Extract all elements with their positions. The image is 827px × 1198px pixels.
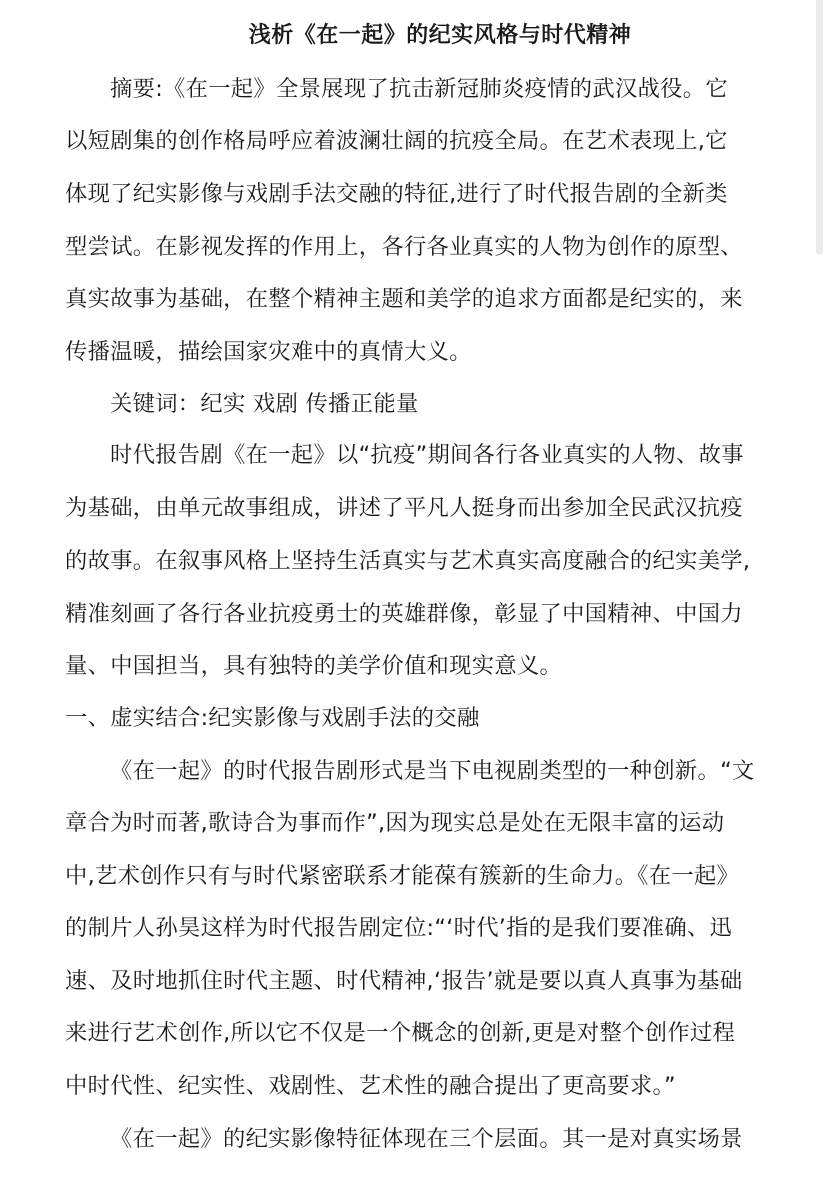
intro-line: 的故事。在叙事风格上坚持生活真实与艺术真实高度融合的纪实美学, [65, 546, 750, 576]
body-line: 中时代性、纪实性、戏剧性、艺术性的融合提出了更高要求。” [65, 1071, 676, 1101]
intro-line: 时代报告剧《在一起》以“抗疫”期间各行各业真实的人物、故事 [110, 440, 744, 470]
document-page: 浅析《在一起》的纪实风格与时代精神 摘要:《在一起》全景展现了抗击新冠肺炎疫情的… [0, 0, 827, 1198]
section-heading: 一、虚实结合:纪实影像与戏剧手法的交融 [65, 703, 480, 733]
intro-line: 量、中国担当，具有独特的美学价值和现实意义。 [65, 651, 562, 681]
abstract-line: 传播温暖，描绘国家灾难中的真情大义。 [65, 337, 472, 367]
body-line: 《在一起》的时代报告剧形式是当下电视剧类型的一种创新。“文 [110, 756, 755, 786]
abstract-line: 摘要:《在一起》全景展现了抗击新冠肺炎疫情的武汉战役。它 [110, 74, 728, 104]
body-line: 《在一起》的纪实影像特征体现在三个层面。其一是对真实场景 [110, 1124, 743, 1154]
body-line: 中,艺术创作只有与时代紧密联系才能葆有簇新的生命力。《在一起》 [65, 861, 739, 891]
body-line: 章合为时而著,歌诗合为事而作”,因为现实总是处在无限丰富的运动 [65, 808, 724, 838]
abstract-line: 体现了纪实影像与戏剧手法交融的特征,进行了时代报告剧的全新类 [65, 179, 728, 209]
intro-line: 精准刻画了各行各业抗疫勇士的英雄群像，彰显了中国精神、中国力 [65, 599, 743, 629]
intro-line: 为基础，由单元故事组成，讲述了平凡人挺身而出参加全民武汉抗疫 [65, 493, 743, 523]
body-line: 速、及时地抓住时代主题、时代精神,‘报告’就是要以真人真事为基础 [65, 966, 742, 996]
abstract-line: 以短剧集的创作格局呼应着波澜壮阔的抗疫全局。在艺术表现上,它 [65, 126, 728, 156]
document-title: 浅析《在一起》的纪实风格与时代精神 [0, 18, 827, 54]
vertical-scrollbar[interactable] [816, 0, 823, 255]
abstract-line: 真实故事为基础，在整个精神主题和美学的追求方面都是纪实的，来 [65, 284, 743, 314]
keywords-line: 关键词：纪实 戏剧 传播正能量 [110, 389, 419, 419]
abstract-line: 型尝试。在影视发挥的作用上，各行各业真实的人物为创作的原型、 [65, 232, 743, 262]
body-line: 来进行艺术创作,所以它不仅是一个概念的创新,更是对整个创作过程 [65, 1018, 735, 1048]
body-line: 的制片人孙昊这样为时代报告剧定位:“‘时代’指的是我们要准确、迅 [65, 913, 732, 943]
